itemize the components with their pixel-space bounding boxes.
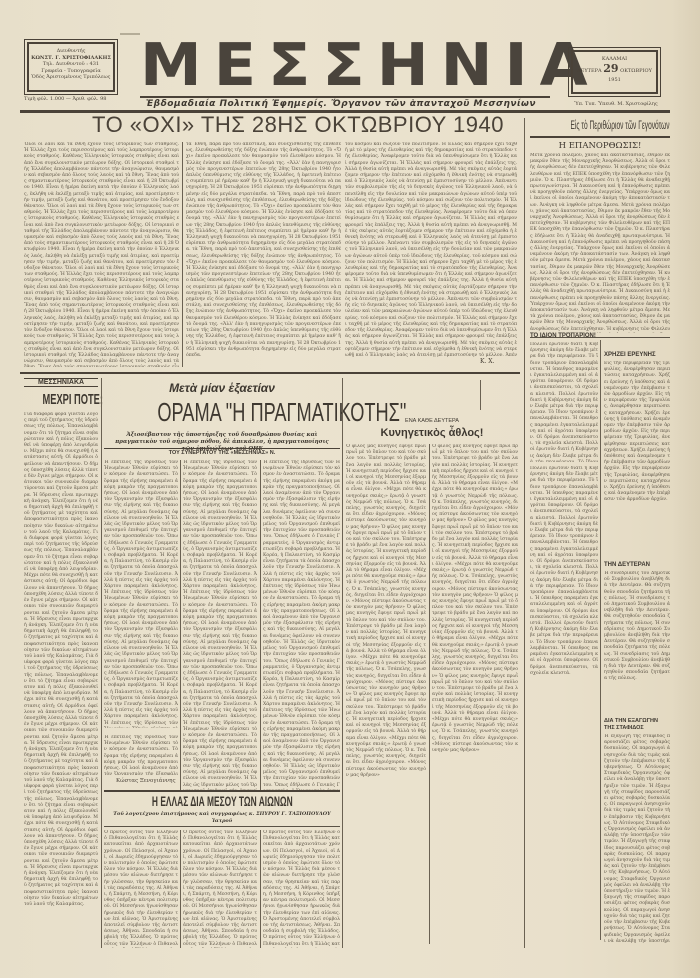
publisher-address: Ὁδὸς Ἀριστομένους Τριπόλεως: [29, 74, 113, 81]
deuteran-body: Ἡ συνεδρίασις τοῦ Δημοτικοῦ Συμβουλίου ἀ…: [604, 571, 670, 681]
mexri-pote-title: ΜΕΧΡΙ ΠΟΤΕ;: [24, 391, 98, 408]
hunting-col-1: Ὁ φίλος μας κυνηγὸς ἔφυγε πρωῒ πρωῒ μὲ τ…: [346, 444, 426, 944]
epanorthosis-body: Μετὰ χρόνια πολέμου, χάους καὶ ἀκαταστασ…: [530, 153, 670, 333]
lead-col-3: τοῦ κόσμου καὶ σώζουν τὸν πολιτισμόν. Ἡ …: [345, 142, 517, 357]
bottom-col-3: Ὁ πρῶτος οὗτος τῶν Ἑλλήνων ὁ Πιθανολογεῖ…: [263, 830, 340, 948]
feature-col-1: Ἡ ἐπέτειος τῆς ἱδρύσεως τῶν Ἡνωμένων Ἐθν…: [104, 460, 178, 728]
hunting-title: Κυνηγετικὸς ἆθλος!: [346, 427, 518, 439]
year: 1951: [573, 77, 656, 84]
banner-rule: [530, 136, 670, 137]
bottom-title: Η ΕΛΛΑΣ ΔΙΑ ΜΕΣΟΥ ΤΩΝ ΑΙΩΝΩΝ: [104, 793, 340, 809]
epanorthosis-title: Η ΕΠΑΝΟΡΘΩΣΙΣ!: [530, 141, 670, 151]
issue-price: Τιμὴ φύλ. 1.000 — Ἀριθ. φύλ. 98: [24, 96, 124, 103]
publisher-box: Διευθυντής ΚΩΝΣΤ. Γ. ΧΡΙΣΤΟΦΙΛΑΚΗΣ Τηλ. …: [27, 42, 115, 92]
masthead-rule: [140, 96, 550, 98]
column-divider: [260, 830, 261, 948]
editor-credit: Ὑπ. Τυπ. Ὑπευθ. Μ. Χριστοφίλης: [566, 101, 666, 108]
messiniaka-kicker: ΜΕΣΣΗΝΙΑΚΑ: [24, 378, 98, 387]
lead-headline: ΤΟ «ΟΧΙ» ΤΗΣ 28ΗΣ ΟΚΤΩΒΡΙΟΥ 1940: [68, 112, 528, 138]
feature-kicker: Μετὰ μίαν ἑξαετίαν: [104, 381, 340, 395]
stafis-title: ΔΙΑ ΤΗΝ ΕΞΑΓΩΓΗΝ ΤΗΣ ΣΤΑΦΙΔΟΣ: [604, 718, 670, 732]
mexri-pote-text: ΜΕΧΡΙ ΠΟΤΕ;: [43, 391, 103, 408]
column-divider: [480, 380, 481, 410]
right-col-a-body: Πολλοὶ ἐρωτοῦν διατὶ ἡ Κυβέρνησις ἀκόμη …: [530, 466, 598, 946]
bottom-col-1: Ὁ πρῶτος οὗτος τῶν Ἑλλήνων ὁ Πιθανολογεῖ…: [104, 830, 178, 948]
bottom-title-text: Η ΕΛΛΑΣ ΔΙΑ ΜΕΣΟΥ ΤΩΝ ΑΙΩΝΩΝ: [152, 793, 293, 809]
hunting-kicker: ΕΝΑ ΚΑΘΕ ΔΕΥΤΕΡΑ: [346, 418, 518, 424]
erevnis-title: ΧΡΗΖΕΙ ΕΡΕΥΝΗΣ: [604, 352, 670, 358]
feature-col-1b: Ἡ ἐπέτειος τῆς ἱδρύσεως τῶν Ἡνωμένων Ἐθν…: [104, 735, 178, 775]
idion-body: Πολλοὶ ἐρωτοῦν διατὶ ἡ Κυβέρνησις ἀκόμη …: [530, 342, 598, 462]
weekday: ΔΕΥΤΕΡΑ: [577, 68, 602, 74]
masthead-title: ΜΕΣΣΗΝΙΑ: [140, 30, 560, 99]
column-divider: [260, 460, 261, 790]
column-divider: [429, 444, 430, 944]
lead-col-2: τὰ Ἔθνη, παρὰ πρὸ τοῦ ἀπεστάλη, καὶ συνε…: [186, 142, 341, 367]
idion-title: ΤΟ ΙΔΙΟΝ ΤΡΟΠΑΡΙΟΝ!: [530, 333, 598, 339]
stafis-body: Ἡ ἐξαγωγὴ τῆς σταφίδος παρουσιάζει φέτος…: [604, 734, 670, 944]
bottom-subtitle: Τοῦ λογοτέχνου ἐπιστήμονος καὶ συγγραφέω…: [108, 811, 336, 824]
mexri-pote-body: Γιὰ διάφορα φορά γίνεται λόγος περὶ τοῦ …: [24, 412, 98, 952]
month: ΟΚΤΩΒΡΙΟΥ: [620, 68, 652, 74]
feature-signature: Κώστας Ξενογιάννης: [116, 778, 176, 784]
lead-signature: Κ. Χ.: [480, 358, 494, 365]
erevnis-body: Εἰς τὴν περιφέρειαν τῆς Τριφυλίας, ἀνεφέ…: [604, 361, 670, 551]
bottom-rule: [104, 790, 340, 792]
feature-title: ΟΡΑΜΑ "Η ΠΡΑΓΜΑΤΙΚΟΤΗΣ": [104, 397, 340, 428]
column-divider: [180, 830, 181, 948]
column-divider: [101, 378, 102, 948]
page-edge: [672, 0, 700, 978]
right-banner: Εἰς τὸ Περιθώριον τῶν Γεγονότων: [530, 118, 670, 138]
deuteran-title: ΤΗΝ ΔΕΥΤΕΡΑΝ: [604, 562, 670, 568]
column-divider: [182, 142, 183, 367]
bottom-col-2: Ὁ πρῶτος οὗτος τῶν Ἑλλήνων ὁ Πιθανολογεῖ…: [183, 830, 257, 948]
hunting-col-2: Ὁ φίλος μας κυνηγὸς ἔφυγε πρωῒ πρωῒ μὲ τ…: [432, 444, 518, 944]
feature-byline: ΤΟΥ ΣΥΝΕΡΓΑΤΟΥ ΤΗΣ «ΜΕΣΣΗΝΙΑΣ» Ν.: [104, 450, 340, 456]
bottom-subrule: [104, 826, 340, 827]
column-divider: [342, 378, 343, 948]
newspaper-page: Διευθυντής ΚΩΝΣΤ. Γ. ΧΡΙΣΤΟΦΙΛΑΚΗΣ Τηλ. …: [0, 0, 700, 978]
feature-col-2: Ἡ ἐπέτειος τῆς ἱδρύσεως τῶν Ἡνωμένων Ἐθν…: [183, 460, 257, 790]
tagline: Ἑβδομαδιαία Πολιτική Ἐφημερίς. Ὄργανον τ…: [146, 99, 556, 109]
day: 29: [603, 62, 618, 75]
print-mark: [120, 33, 140, 35]
date-box: ΚΑΛΑΜΑΙ ΔΕΥΤΕΡΑ 29 ΟΚΤΩΒΡΙΟΥ 1951: [571, 50, 658, 94]
issue-date: ΔΕΥΤΕΡΑ 29 ΟΚΤΩΒΡΙΟΥ: [573, 63, 656, 77]
mid-rule: [20, 372, 520, 374]
feature-rule: [104, 448, 340, 449]
lead-col-1: Ὅλοι οἱ λαοὶ καὶ τὰ ἔθνη ἔχουν τοὺς ἱστο…: [24, 142, 179, 367]
column-divider: [600, 340, 601, 940]
column-divider: [180, 460, 181, 790]
feature-col-3: Ἡ ἐπέτειος τῆς ἱδρύσεως τῶν Ἡνωμένων Ἐθν…: [263, 460, 340, 790]
right-banner-text: Εἰς τὸ Περιθώριον τῶν Γεγονότων: [571, 118, 670, 132]
right-column-divider: [524, 118, 525, 948]
